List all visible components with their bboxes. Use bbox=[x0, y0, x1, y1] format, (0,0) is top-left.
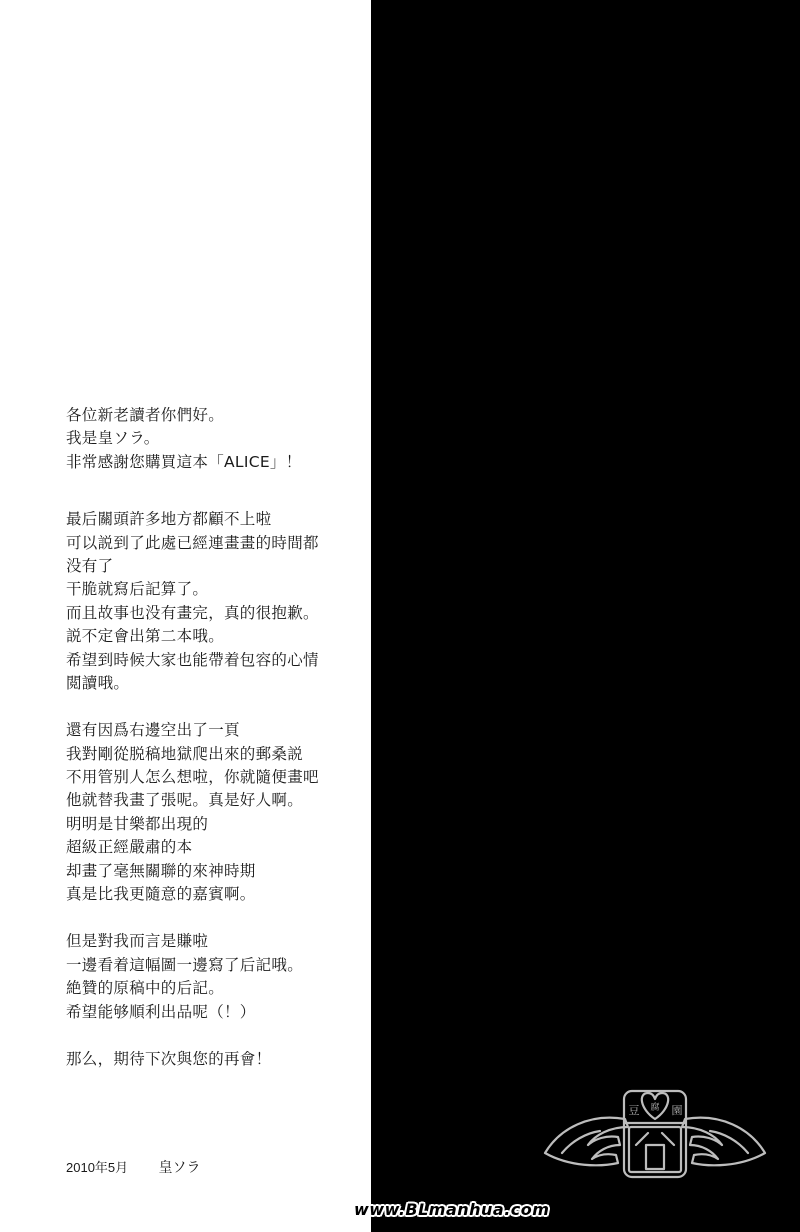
text-line: 可以説到了此處已經連畫畫的時間都 bbox=[66, 532, 366, 555]
paragraph-greeting: 各位新老讀者你們好。 我是皇ソラ。 非常感謝您購買這本「ALICE」！ bbox=[66, 404, 366, 474]
text-line: 各位新老讀者你們好。 bbox=[66, 404, 366, 427]
afterword-text: 各位新老讀者你們好。 我是皇ソラ。 非常感謝您購買這本「ALICE」！ 最后關頭… bbox=[66, 404, 366, 1095]
text-line: 不用管别人怎么想啦，你就隨便畫吧 bbox=[66, 766, 366, 789]
text-line: 非常感謝您購買這本「ALICE」！ bbox=[66, 451, 366, 474]
svg-text:園: 園 bbox=[672, 1104, 683, 1117]
text-line: 没有了 bbox=[66, 555, 366, 578]
paragraph-farewell: 那么，期待下次與您的再會！ bbox=[66, 1048, 366, 1071]
text-line: 那么，期待下次與您的再會！ bbox=[66, 1048, 366, 1071]
text-line: 真是比我更隨意的嘉賓啊。 bbox=[66, 883, 366, 906]
svg-text:豆: 豆 bbox=[629, 1104, 640, 1117]
text-line: 我對剛從脱稿地獄爬出來的郵桑説 bbox=[66, 743, 366, 766]
text-line: 却畫了毫無關聯的來神時期 bbox=[66, 860, 366, 883]
text-line: 干脆就寫后記算了。 bbox=[66, 578, 366, 601]
text-line: 最后關頭許多地方都顧不上啦 bbox=[66, 508, 366, 531]
signature: 2010年5月 皇ソラ bbox=[66, 1157, 200, 1177]
winged-house-logo-icon: 豆 腐 園 bbox=[540, 1083, 770, 1183]
text-line: 但是對我而言是賺啦 bbox=[66, 930, 366, 953]
text-line: 説不定會出第二本哦。 bbox=[66, 625, 366, 648]
text-line: 明明是甘樂都出現的 bbox=[66, 813, 366, 836]
text-line: 還有因爲右邊空出了一頁 bbox=[66, 719, 366, 742]
signature-date: 2010年5月 bbox=[66, 1160, 128, 1175]
left-page: 各位新老讀者你們好。 我是皇ソラ。 非常感謝您購買這本「ALICE」！ 最后關頭… bbox=[0, 0, 371, 1232]
text-line: 希望能够順利出品呢（！） bbox=[66, 1001, 366, 1024]
text-line: 我是皇ソラ。 bbox=[66, 427, 366, 450]
text-line: 一邊看着這幅圖一邊寫了后記哦。 bbox=[66, 954, 366, 977]
text-line: 閲讀哦。 bbox=[66, 672, 366, 695]
paragraph-guest-art: 還有因爲右邊空出了一頁 我對剛從脱稿地獄爬出來的郵桑説 不用管别人怎么想啦，你就… bbox=[66, 719, 366, 906]
text-line: 絶贊的原稿中的后記。 bbox=[66, 977, 366, 1000]
paragraph-thanks: 但是對我而言是賺啦 一邊看着這幅圖一邊寫了后記哦。 絶贊的原稿中的后記。 希望能… bbox=[66, 930, 366, 1024]
text-line: 超級正經嚴肅的本 bbox=[66, 836, 366, 859]
watermark-url: www.BLmanhua.com bbox=[354, 1200, 549, 1219]
signature-author: 皇ソラ bbox=[158, 1160, 200, 1176]
text-line: 而且故事也没有畫完，真的很抱歉。 bbox=[66, 602, 366, 625]
paragraph-apology: 最后關頭許多地方都顧不上啦 可以説到了此處已經連畫畫的時間都 没有了 干脆就寫后… bbox=[66, 508, 366, 695]
text-line: 希望到時候大家也能帶着包容的心情 bbox=[66, 649, 366, 672]
blank-black-page bbox=[371, 0, 800, 1232]
svg-text:腐: 腐 bbox=[650, 1101, 659, 1113]
text-line: 他就替我畫了張呢。真是好人啊。 bbox=[66, 789, 366, 812]
